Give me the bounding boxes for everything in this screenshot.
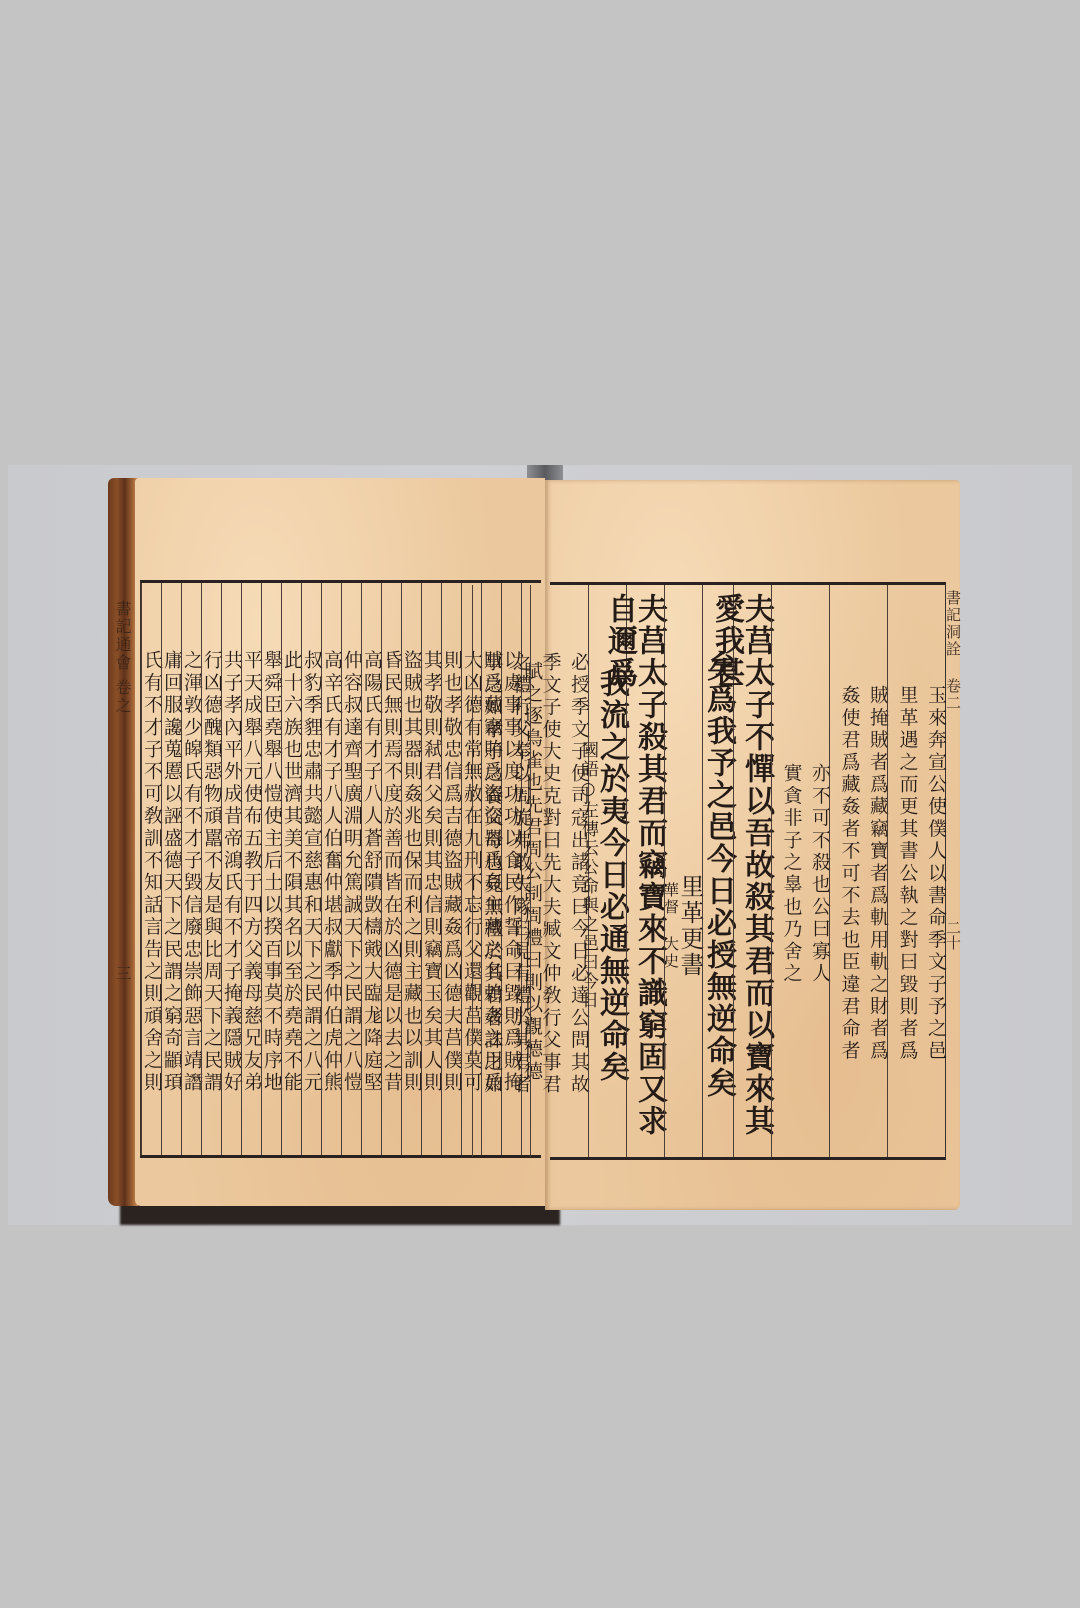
- text-column: 則也孝敬忠信爲吉德盜賊藏姦爲凶德夫莒僕則: [441, 583, 461, 1155]
- annotation-double-column: 亦不可不殺也公曰寡人實貪非子之辠也乃舍之: [771, 585, 829, 1157]
- text-column: 之渾敦少皞氏有不才子毀信廢忠崇飾惡言靖譖: [181, 583, 201, 1155]
- annotation-double-column: 賊掩賊者爲藏竊寶者爲軌用軌之財者爲姦使君爲藏姦者不可不去也臣違君命者: [829, 585, 887, 1157]
- annotation-line-left: 實貪非子之辠也乃舍之: [772, 757, 801, 985]
- text-column: 叔豹季貍忠肅共懿宣慈惠和天下之民謂之八元: [301, 583, 321, 1155]
- text-column: 此十六族也世濟其美不隕其名以至於堯堯不能: [281, 583, 301, 1155]
- right-margin-book-title: 書記洞詮 卷二: [946, 590, 964, 712]
- annotation-line-left: 姦使君爲藏姦者不可不去也臣違君命者: [830, 679, 859, 1062]
- text-column: 平天成舉八元使布五教于四方父義母慈兄友弟: [241, 583, 261, 1155]
- subheading-note: 華督 大史: [663, 882, 678, 970]
- main-text-column: 夫莒太子不憚以吾故殺其君而以寶來其愛我甚: [733, 585, 771, 1157]
- annotation-line-left: 里革遇之而更其書公執之對曰毀則者爲: [888, 679, 917, 1062]
- annotation-double-column: 玉來奔宣公使僕人以書命季文子予之邑里革遇之而更其書公執之對曰毀則者爲: [887, 585, 945, 1157]
- annotation-line-right: 玉來奔宣公使僕人以書命季文子予之邑: [917, 679, 946, 1062]
- fore-edge-page-number: 三: [112, 965, 134, 981]
- right-margin-page-number: 二十: [946, 920, 964, 950]
- right-page-text-frame: 玉來奔宣公使僕人以書命季文子予之邑里革遇之而更其書公執之對曰毀則者爲賊掩賊者爲藏…: [550, 582, 946, 1160]
- annotation-line-left: 事之如孝子之養父母也見無禮於其君者誅之如: [473, 646, 502, 1096]
- right-page-columns: 玉來奔宣公使僕人以書命季文子予之邑里革遇之而更其書公執之對曰毀則者爲賊掩賊者爲藏…: [550, 585, 945, 1157]
- text-column: 庸回服讒蒐慝以誣盛德天下之民謂之窮奇顓頊: [161, 583, 181, 1155]
- annotation-line-right: 之禮行父奉以周旋弗敢失隊曰見有禮於其君者: [502, 646, 531, 1096]
- subheading-column: 里革更書華督 大史: [664, 585, 702, 1157]
- text-column: 氏有不才子不可敎訓不知話言告之則頑舍之則: [141, 583, 161, 1155]
- fore-edge-title: 書記通會 卷之: [112, 600, 134, 715]
- text-column: 昏民無則焉不度於善而皆在於凶德是以去之昔: [381, 583, 401, 1155]
- book-fore-edge: [108, 478, 138, 1206]
- text-column: 仲容叔達齊聖廣淵明允篤誠天下之民謂之八愷: [341, 583, 361, 1155]
- main-text: 夫莒太子不憚以吾故殺其君而以寶來其愛我甚: [711, 593, 771, 1157]
- annotation-line-right: 亦不可不殺也公曰寡人: [801, 757, 830, 985]
- text-column: 行凶德醜類惡物頑嚚不友是與比周天下之民謂: [201, 583, 221, 1155]
- annotation-double-column: 之禮行父奉以周旋弗敢失隊曰見有禮於其君者事之如孝子之養父母也見無禮於其君者誅之如: [472, 585, 530, 1157]
- annotation-line-left: 季文子使大史克對曰先大夫臧文仲敎行父事君: [531, 646, 560, 1096]
- main-text-column: 夫莒太子殺其君而竊寶來不識窮固又求自邇爲: [626, 585, 664, 1157]
- text-column: 舉舜臣堯舉八愷使主后土以揆百事莫不時序地: [261, 583, 281, 1155]
- main-text: 夫莒太子殺其君而竊寶來不識窮固又求自邇爲: [604, 593, 664, 1157]
- annotation-line-right: 賊掩賊者爲藏竊寶者爲軌用軌之財者爲: [859, 679, 888, 1062]
- text-column: 共子孝內平外成昔帝鴻氏有不才子掩義隱賊好: [221, 583, 241, 1155]
- text-column: 高陽氏有才子八人蒼舒隤敳檮戭大臨尨降庭堅: [361, 583, 381, 1155]
- text-column: 其孝敬則弒君父矣則其忠信則竊寶玉矣其人則: [421, 583, 441, 1155]
- text-column: 高辛氏有才子八人伯奮仲堪叔獻季仲伯虎仲熊: [321, 583, 341, 1155]
- text-column: 盜賊也其器則姦兆也保而利之則主藏也以訓則: [401, 583, 421, 1155]
- subheading-text: 里革更書: [678, 874, 702, 978]
- inline-note: 國語○左傳云公命與之邑曰今日: [579, 741, 596, 1010]
